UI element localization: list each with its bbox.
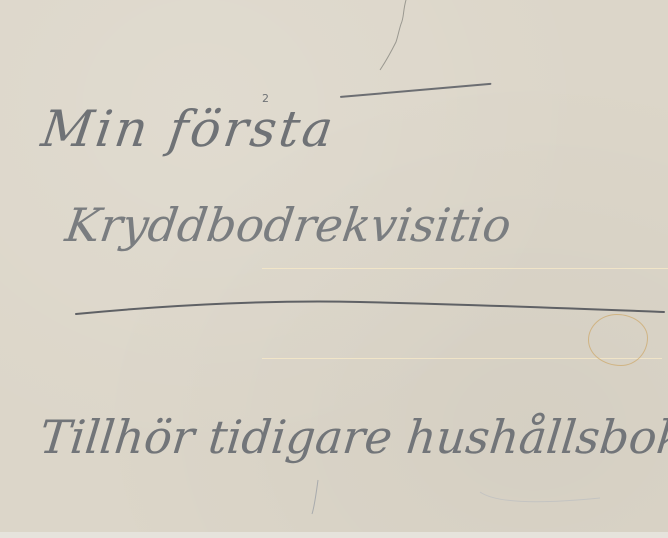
faint-pencil-marks [0,0,668,532]
paper-sheet: 2 Min första Kryddbodrekvisitio Tillhör … [0,0,668,532]
paper-bottom-edge [0,532,668,538]
